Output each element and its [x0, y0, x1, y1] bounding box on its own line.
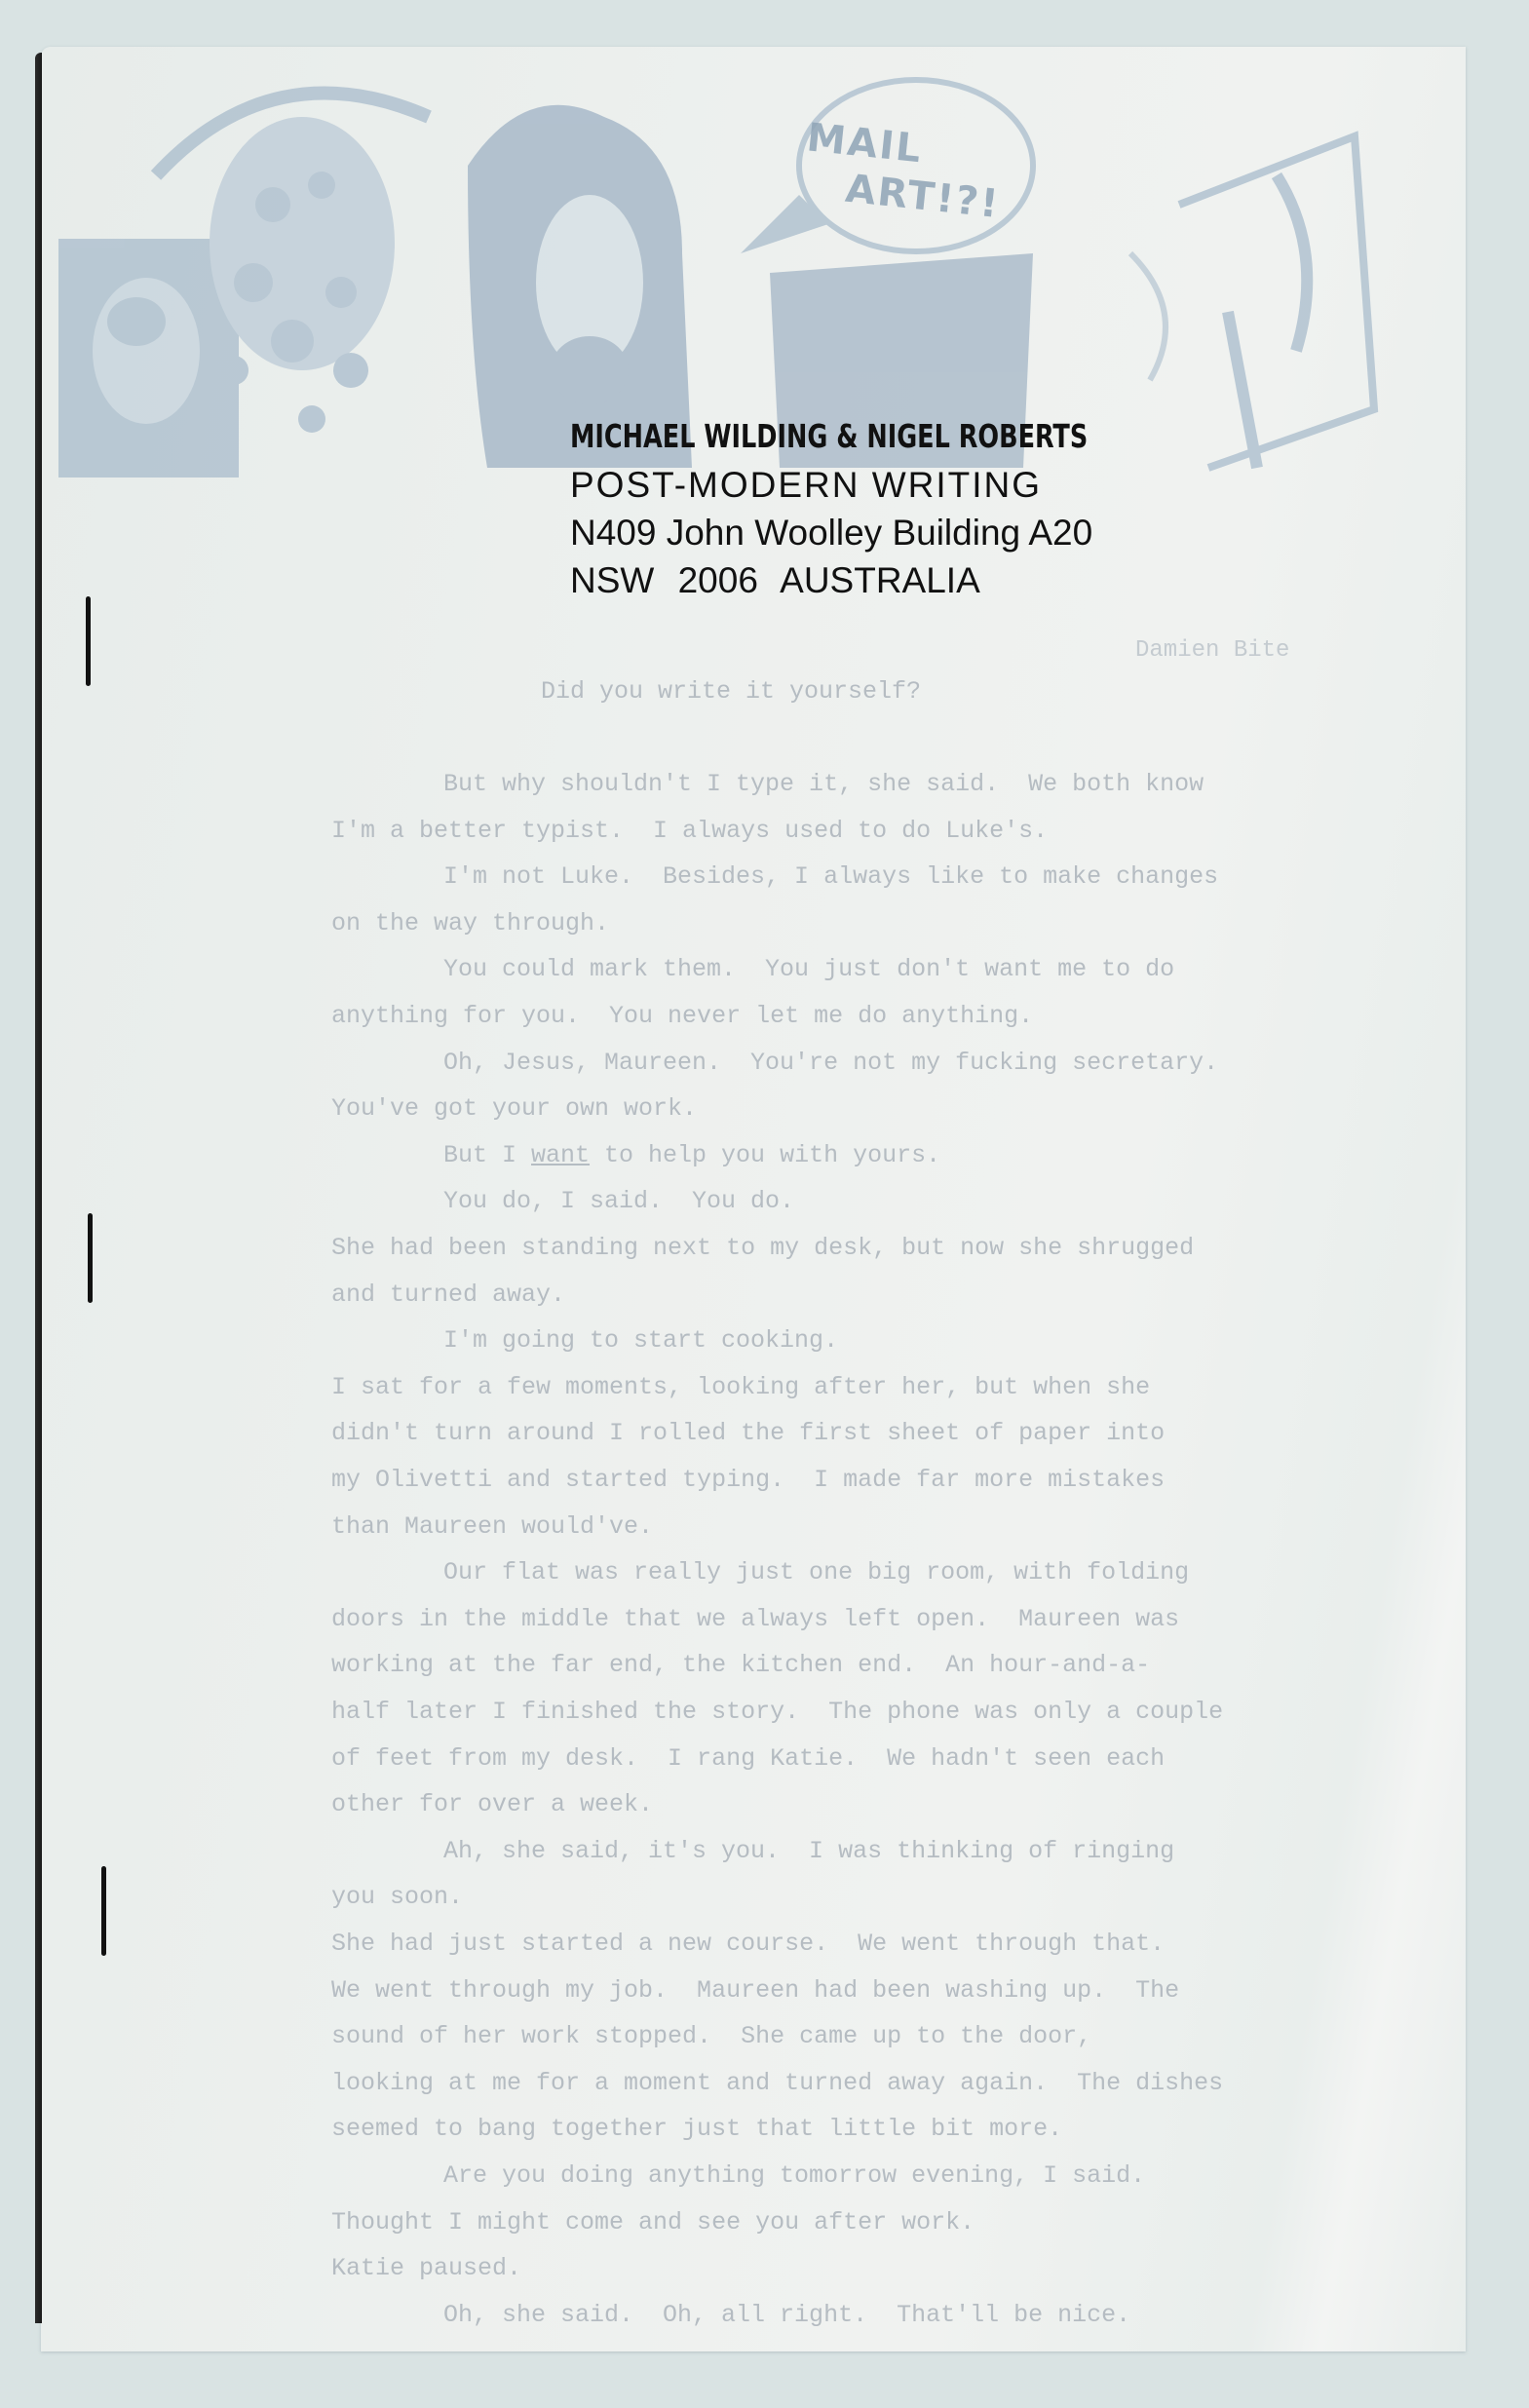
typed-line: I'm a better typist. I always used to do… — [331, 817, 1048, 845]
typed-line: didn't turn around I rolled the first sh… — [331, 1419, 1165, 1447]
underlined-word: want — [531, 1141, 590, 1169]
typed-line: Oh, she said. Oh, all right. That'll be … — [443, 2301, 1130, 2329]
letterhead-address: MICHAEL WILDING & NIGEL ROBERTS POST-MOD… — [570, 417, 1172, 604]
typed-line: Oh, Jesus, Maureen. You're not my fuckin… — [443, 1049, 1218, 1077]
staple-middle — [88, 1213, 93, 1303]
typed-line: on the way through. — [331, 909, 609, 937]
staple-bottom — [101, 1866, 106, 1956]
typed-line: You could mark them. You just don't want… — [443, 955, 1174, 983]
typed-line: sound of her work stopped. She came up t… — [331, 2022, 1091, 2050]
author-names: MICHAEL WILDING & NIGEL ROBERTS — [570, 417, 1088, 455]
mail-art-collage-header — [58, 58, 1462, 478]
typed-line: But why shouldn't I type it, she said. W… — [443, 770, 1204, 798]
binding-edge — [35, 53, 42, 2323]
typed-line: Ah, she said, it's you. I was thinking o… — [443, 1837, 1174, 1865]
typed-line: She had been standing next to my desk, b… — [331, 1234, 1194, 1262]
typed-line: of feet from my desk. I rang Katie. We h… — [331, 1744, 1165, 1773]
typed-line: doors in the middle that we always left … — [331, 1605, 1179, 1633]
typed-line: You've got your own work. — [331, 1094, 697, 1123]
typed-line: Thought I might come and see you after w… — [331, 2208, 975, 2236]
typed-line: my Olivetti and started typing. I made f… — [331, 1466, 1165, 1494]
publication-title: POST-MODERN WRITING — [570, 461, 1172, 509]
collage-faces-image — [58, 58, 1462, 478]
typed-line: Our flat was really just one big room, w… — [443, 1558, 1189, 1586]
address-line-building: N409 John Woolley Building A20 — [570, 509, 1172, 556]
typed-line: than Maureen would've. — [331, 1512, 653, 1541]
typed-line: She had just started a new course. We we… — [331, 1930, 1165, 1958]
staple-top — [86, 596, 91, 686]
typed-line: Did you write it yourself? — [541, 677, 921, 706]
typed-line: working at the far end, the kitchen end.… — [331, 1651, 1150, 1679]
address-line-country: NSW 2006 AUSTRALIA — [570, 556, 1172, 604]
typed-line: I'm going to start cooking. — [443, 1326, 838, 1355]
typed-line: half later I finished the story. The pho… — [331, 1698, 1223, 1726]
typed-line: I sat for a few moments, looking after h… — [331, 1373, 1150, 1401]
typed-line: You do, I said. You do. — [443, 1187, 794, 1215]
typed-line: Are you doing anything tomorrow evening,… — [443, 2161, 1145, 2190]
typed-line: other for over a week. — [331, 1790, 653, 1818]
typed-line: looking at me for a moment and turned aw… — [331, 2069, 1223, 2097]
typed-line: you soon. — [331, 1883, 463, 1911]
typed-line: seemed to bang together just that little… — [331, 2115, 1062, 2143]
typed-line: anything for you. You never let me do an… — [331, 1002, 1033, 1030]
typed-line: and turned away. — [331, 1280, 565, 1309]
corner-note: Damien Bite — [1135, 637, 1289, 664]
typed-line: Katie paused. — [331, 2254, 521, 2282]
typed-line: We went through my job. Maureen had been… — [331, 1976, 1179, 2005]
typed-line: I'm not Luke. Besides, I always like to … — [443, 862, 1218, 891]
typed-line: But I want to help you with yours. — [443, 1141, 940, 1169]
